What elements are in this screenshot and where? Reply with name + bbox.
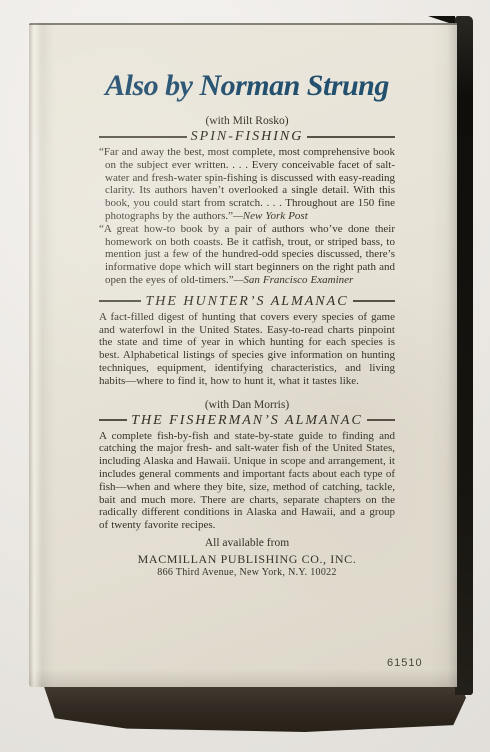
- section-heading-fishermans-almanac: THE FISHERMAN’S ALMANAC: [99, 413, 395, 428]
- heading-rule-right: [353, 300, 395, 302]
- section-heading-spin-fishing: SPIN-FISHING: [99, 129, 395, 144]
- section-heading-hunters-almanac: THE HUNTER’S ALMANAC: [99, 294, 395, 309]
- cover-content: Also by Norman Strung (with Milt Rosko) …: [99, 69, 395, 578]
- availability-note: All available from: [99, 537, 395, 550]
- publisher-address: 866 Third Avenue, New York, N.Y. 10022: [99, 567, 395, 578]
- heading-rule-right: [307, 136, 395, 138]
- book-spine-edge: [455, 16, 473, 695]
- publisher-name: MACMILLAN PUBLISHING CO., INC.: [99, 552, 395, 566]
- review-quote-san-francisco-examiner: “A great how-to book by a pair of author…: [99, 223, 395, 287]
- heading-rule-left: [99, 300, 141, 302]
- section-heading-text: THE HUNTER’S ALMANAC: [141, 294, 352, 309]
- coauthor-credit-milt-rosko: (with Milt Rosko): [99, 115, 395, 128]
- hunters-almanac-description: A fact-filled digest of hunting that cov…: [99, 311, 395, 388]
- section-heading-text: THE FISHERMAN’S ALMANAC: [127, 413, 367, 428]
- heading-rule-left: [99, 136, 187, 138]
- review-quote-new-york-post: “Far and away the best, most complete, m…: [99, 146, 395, 223]
- book-back-cover: Also by Norman Strung (with Milt Rosko) …: [29, 23, 457, 687]
- quote-source: —New York Post: [233, 210, 308, 222]
- fishermans-almanac-description: A complete fish-by-fish and state-by-sta…: [99, 430, 395, 532]
- page-title: Also by Norman Strung: [99, 69, 395, 103]
- catalog-number: 61510: [387, 657, 423, 669]
- section-heading-text: SPIN-FISHING: [187, 129, 308, 144]
- book-bottom-edge: [42, 683, 466, 732]
- heading-rule-left: [99, 419, 127, 421]
- photo-background: Also by Norman Strung (with Milt Rosko) …: [0, 0, 490, 752]
- coauthor-credit-dan-morris: (with Dan Morris): [99, 399, 395, 412]
- quote-source: —San Francisco Examiner: [234, 274, 354, 286]
- heading-rule-right: [367, 419, 395, 421]
